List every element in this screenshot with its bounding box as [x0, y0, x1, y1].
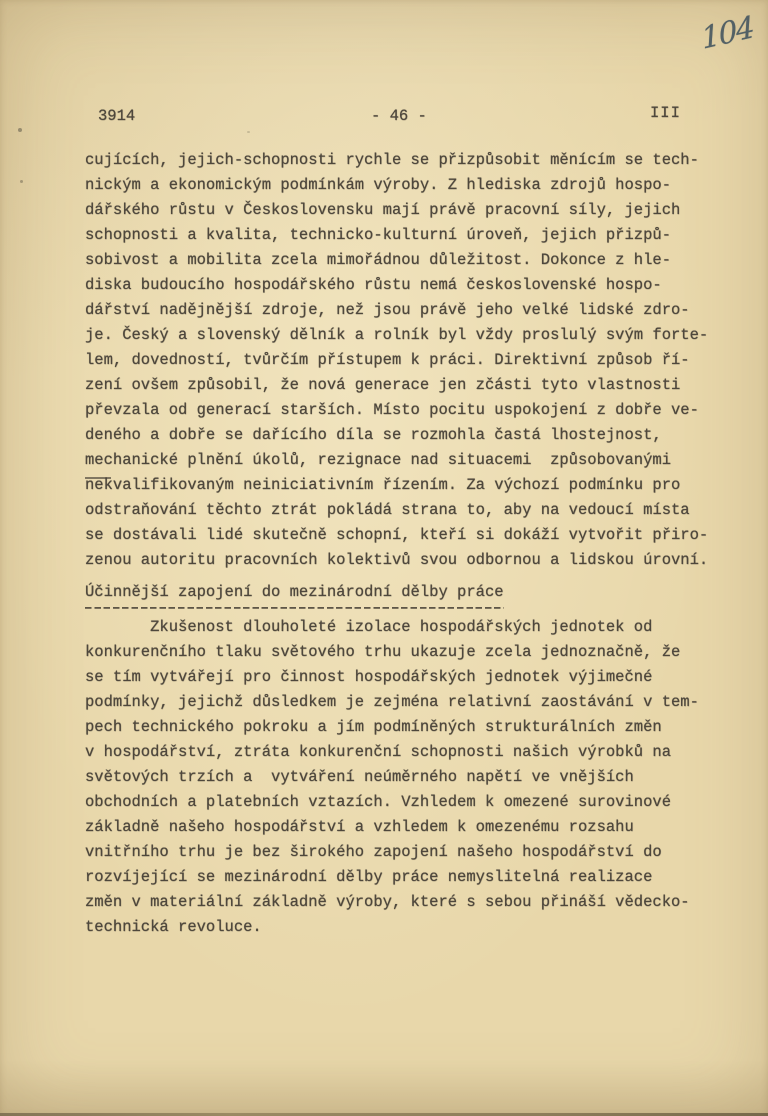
- typewritten-line: světových trzích a vytváření neúměrného …: [85, 765, 740, 790]
- section-heading: Účinnější zapojení do mezinárodní dělby …: [85, 580, 740, 609]
- page-number: - 46 -: [371, 104, 427, 129]
- typewritten-line: rozvíjející se mezinárodní dělby práce n…: [85, 865, 740, 890]
- typewritten-line: odstraňování těchto ztrát pokládá strana…: [85, 498, 740, 523]
- page-header: 3914 - 46 - III: [0, 104, 768, 129]
- typewritten-line: konkurenčního tlaku světového trhu ukazu…: [85, 640, 740, 665]
- section-number: III: [650, 101, 681, 126]
- typewritten-line: obchodních a platebních vztazích. Vzhled…: [85, 790, 740, 815]
- typewritten-line: sobivost a mobilita zcela mimořádnou důl…: [85, 248, 740, 273]
- typewritten-line: lem, dovedností, tvůrčím přístupem k prá…: [85, 348, 740, 373]
- paper-speck: [20, 180, 23, 183]
- paper-speck: [247, 131, 250, 133]
- typewritten-line: se dostávali lidé skutečně schopní, kteř…: [85, 523, 740, 548]
- paragraph: Zkušenost dlouholeté izolace hospodářský…: [85, 615, 740, 940]
- typewritten-line: dářského růstu v Československu mají prá…: [85, 198, 740, 223]
- correction-mark: [85, 477, 111, 479]
- typewritten-line: pech technického pokroku a jím podmíněný…: [85, 715, 740, 740]
- handwritten-page-annotation: 104: [700, 10, 756, 57]
- typewritten-line: v hospodářství, ztráta konkurenční schop…: [85, 740, 740, 765]
- typewritten-line: schopnosti a kvalita, technicko-kulturní…: [85, 223, 740, 248]
- typewritten-line: je. Český a slovenský dělník a rolník by…: [85, 323, 740, 348]
- paragraph: cujících, jejich-schopnosti rychle se př…: [85, 148, 740, 573]
- typewritten-line: deného a dobře se dařícího díla se rozmo…: [85, 423, 740, 448]
- typewritten-line: Zkušenost dlouholeté izolace hospodářský…: [85, 615, 740, 640]
- document-number: 3914: [98, 104, 135, 129]
- scanned-document-page: 3914 - 46 - III 104 cujících, jejich-sch…: [0, 0, 768, 1116]
- typewritten-line: zenou autoritu pracovních kolektivů svou…: [85, 548, 740, 573]
- typewritten-line: mechanické plnění úkolů, rezignace nad s…: [85, 448, 740, 473]
- typewritten-line: diska budoucího hospodářského růstu nemá…: [85, 273, 740, 298]
- typewritten-line: nickým a ekonomickým podmínkám výroby. Z…: [85, 173, 740, 198]
- typewritten-line: se tím vytvářejí pro činnost hospodářský…: [85, 665, 740, 690]
- typewritten-line: zení ovšem způsobil, že nová generace je…: [85, 373, 740, 398]
- typewritten-line: základně našeho hospodářství a vzhledem …: [85, 815, 740, 840]
- section-heading-text: Účinnější zapojení do mezinárodní dělby …: [85, 580, 504, 609]
- typewritten-line: dářství nadějnější zdroje, než jsou práv…: [85, 298, 740, 323]
- typewritten-line: podmínky, jejichž důsledkem je zejména r…: [85, 690, 740, 715]
- typewritten-line: nekvalifikovaným neiniciativním řízením.…: [85, 473, 740, 498]
- document-body: cujících, jejich-schopnosti rychle se př…: [85, 148, 740, 940]
- typewritten-line: vnitřního trhu je bez širokého zapojení …: [85, 840, 740, 865]
- typewritten-line: změn v materiální základně výroby, které…: [85, 890, 740, 915]
- typewritten-line: technická revoluce.: [85, 915, 740, 940]
- typewritten-line: převzala od generací starších. Místo poc…: [85, 398, 740, 423]
- typewritten-line: cujících, jejich-schopnosti rychle se př…: [85, 148, 740, 173]
